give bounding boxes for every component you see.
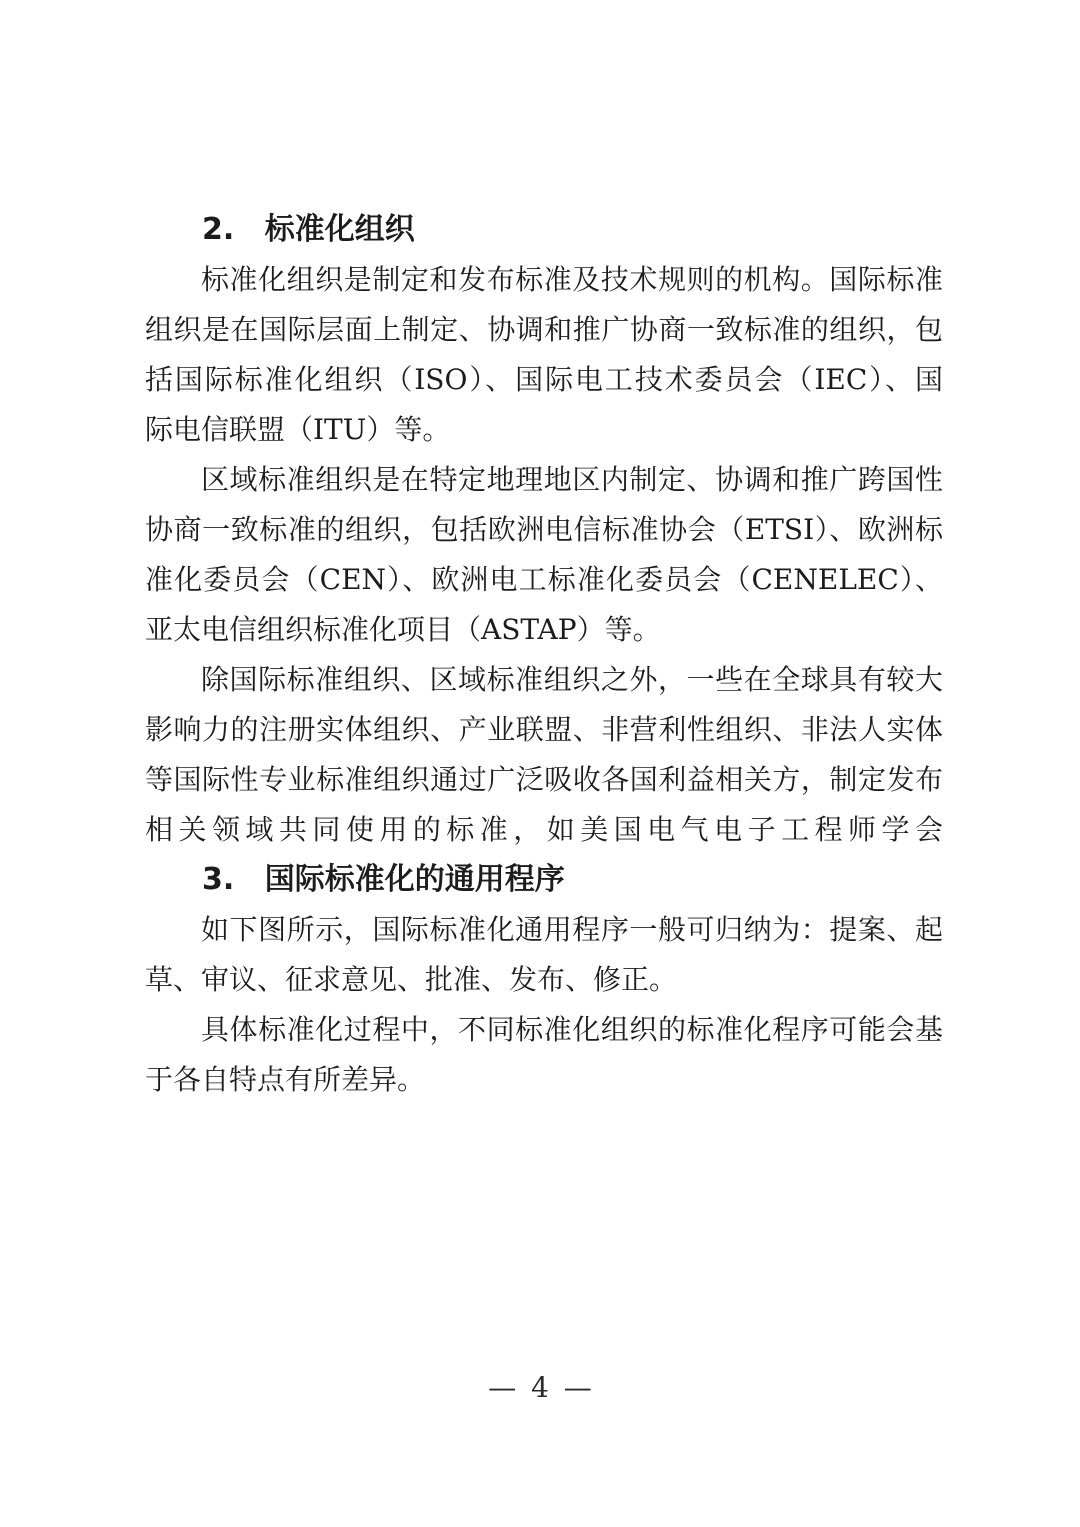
heading-2-number: 2. [202, 212, 234, 247]
para5-line2: 于各自特点有所差异。 [145, 1055, 943, 1105]
para1-line2: 组织是在国际层面上制定、协调和推广协商一致标准的组织，包 [145, 305, 943, 355]
para3-line2: 影响力的注册实体组织、产业联盟、非营利性组织、非法人实体 [145, 705, 943, 755]
para5-line1: 具体标准化过程中，不同标准化组织的标准化程序可能会基 [145, 1005, 943, 1055]
page-number: — 4 — [0, 1363, 1080, 1413]
para1-line4: 际电信联盟（ITU）等。 [145, 405, 943, 455]
section-heading-2: 2. 标准化组织 [145, 205, 943, 255]
para1-line3: 括国际标准化组织（ISO）、国际电工技术委员会（IEC）、国 [145, 355, 943, 405]
para2-line2: 协商一致标准的组织，包括欧洲电信标准协会（ETSI）、欧洲标 [145, 505, 943, 555]
para4-line2: 草、审议、征求意见、批准、发布、修正。 [145, 955, 943, 1005]
heading-3-title: 国际标准化的通用程序 [265, 862, 565, 897]
para2-line4: 亚太电信组织标准化项目（ASTAP）等。 [145, 605, 943, 655]
document-body: 2. 标准化组织 标准化组织是制定和发布标准及技术规则的机构。国际标准 组织是在… [145, 205, 943, 1105]
para1-line1: 标准化组织是制定和发布标准及技术规则的机构。国际标准 [145, 255, 943, 305]
para2-line1: 区域标准组织是在特定地理地区内制定、协调和推广跨国性 [145, 455, 943, 505]
document-page: 2. 标准化组织 标准化组织是制定和发布标准及技术规则的机构。国际标准 组织是在… [0, 0, 1080, 1527]
heading-3-number: 3. [202, 862, 234, 897]
para3-line4: 相关领域共同使用的标准，如美国电气电子工程师学会（IEEE）。 [145, 805, 943, 855]
heading-2-title: 标准化组织 [265, 212, 415, 247]
para2-line3: 准化委员会（CEN）、欧洲电工标准化委员会（CENELEC）、 [145, 555, 943, 605]
para3-line3: 等国际性专业标准组织通过广泛吸收各国利益相关方，制定发布 [145, 755, 943, 805]
section-heading-3: 3. 国际标准化的通用程序 [145, 855, 943, 905]
para3-line1: 除国际标准组织、区域标准组织之外，一些在全球具有较大 [145, 655, 943, 705]
para4-line1: 如下图所示，国际标准化通用程序一般可归纳为：提案、起 [145, 905, 943, 955]
